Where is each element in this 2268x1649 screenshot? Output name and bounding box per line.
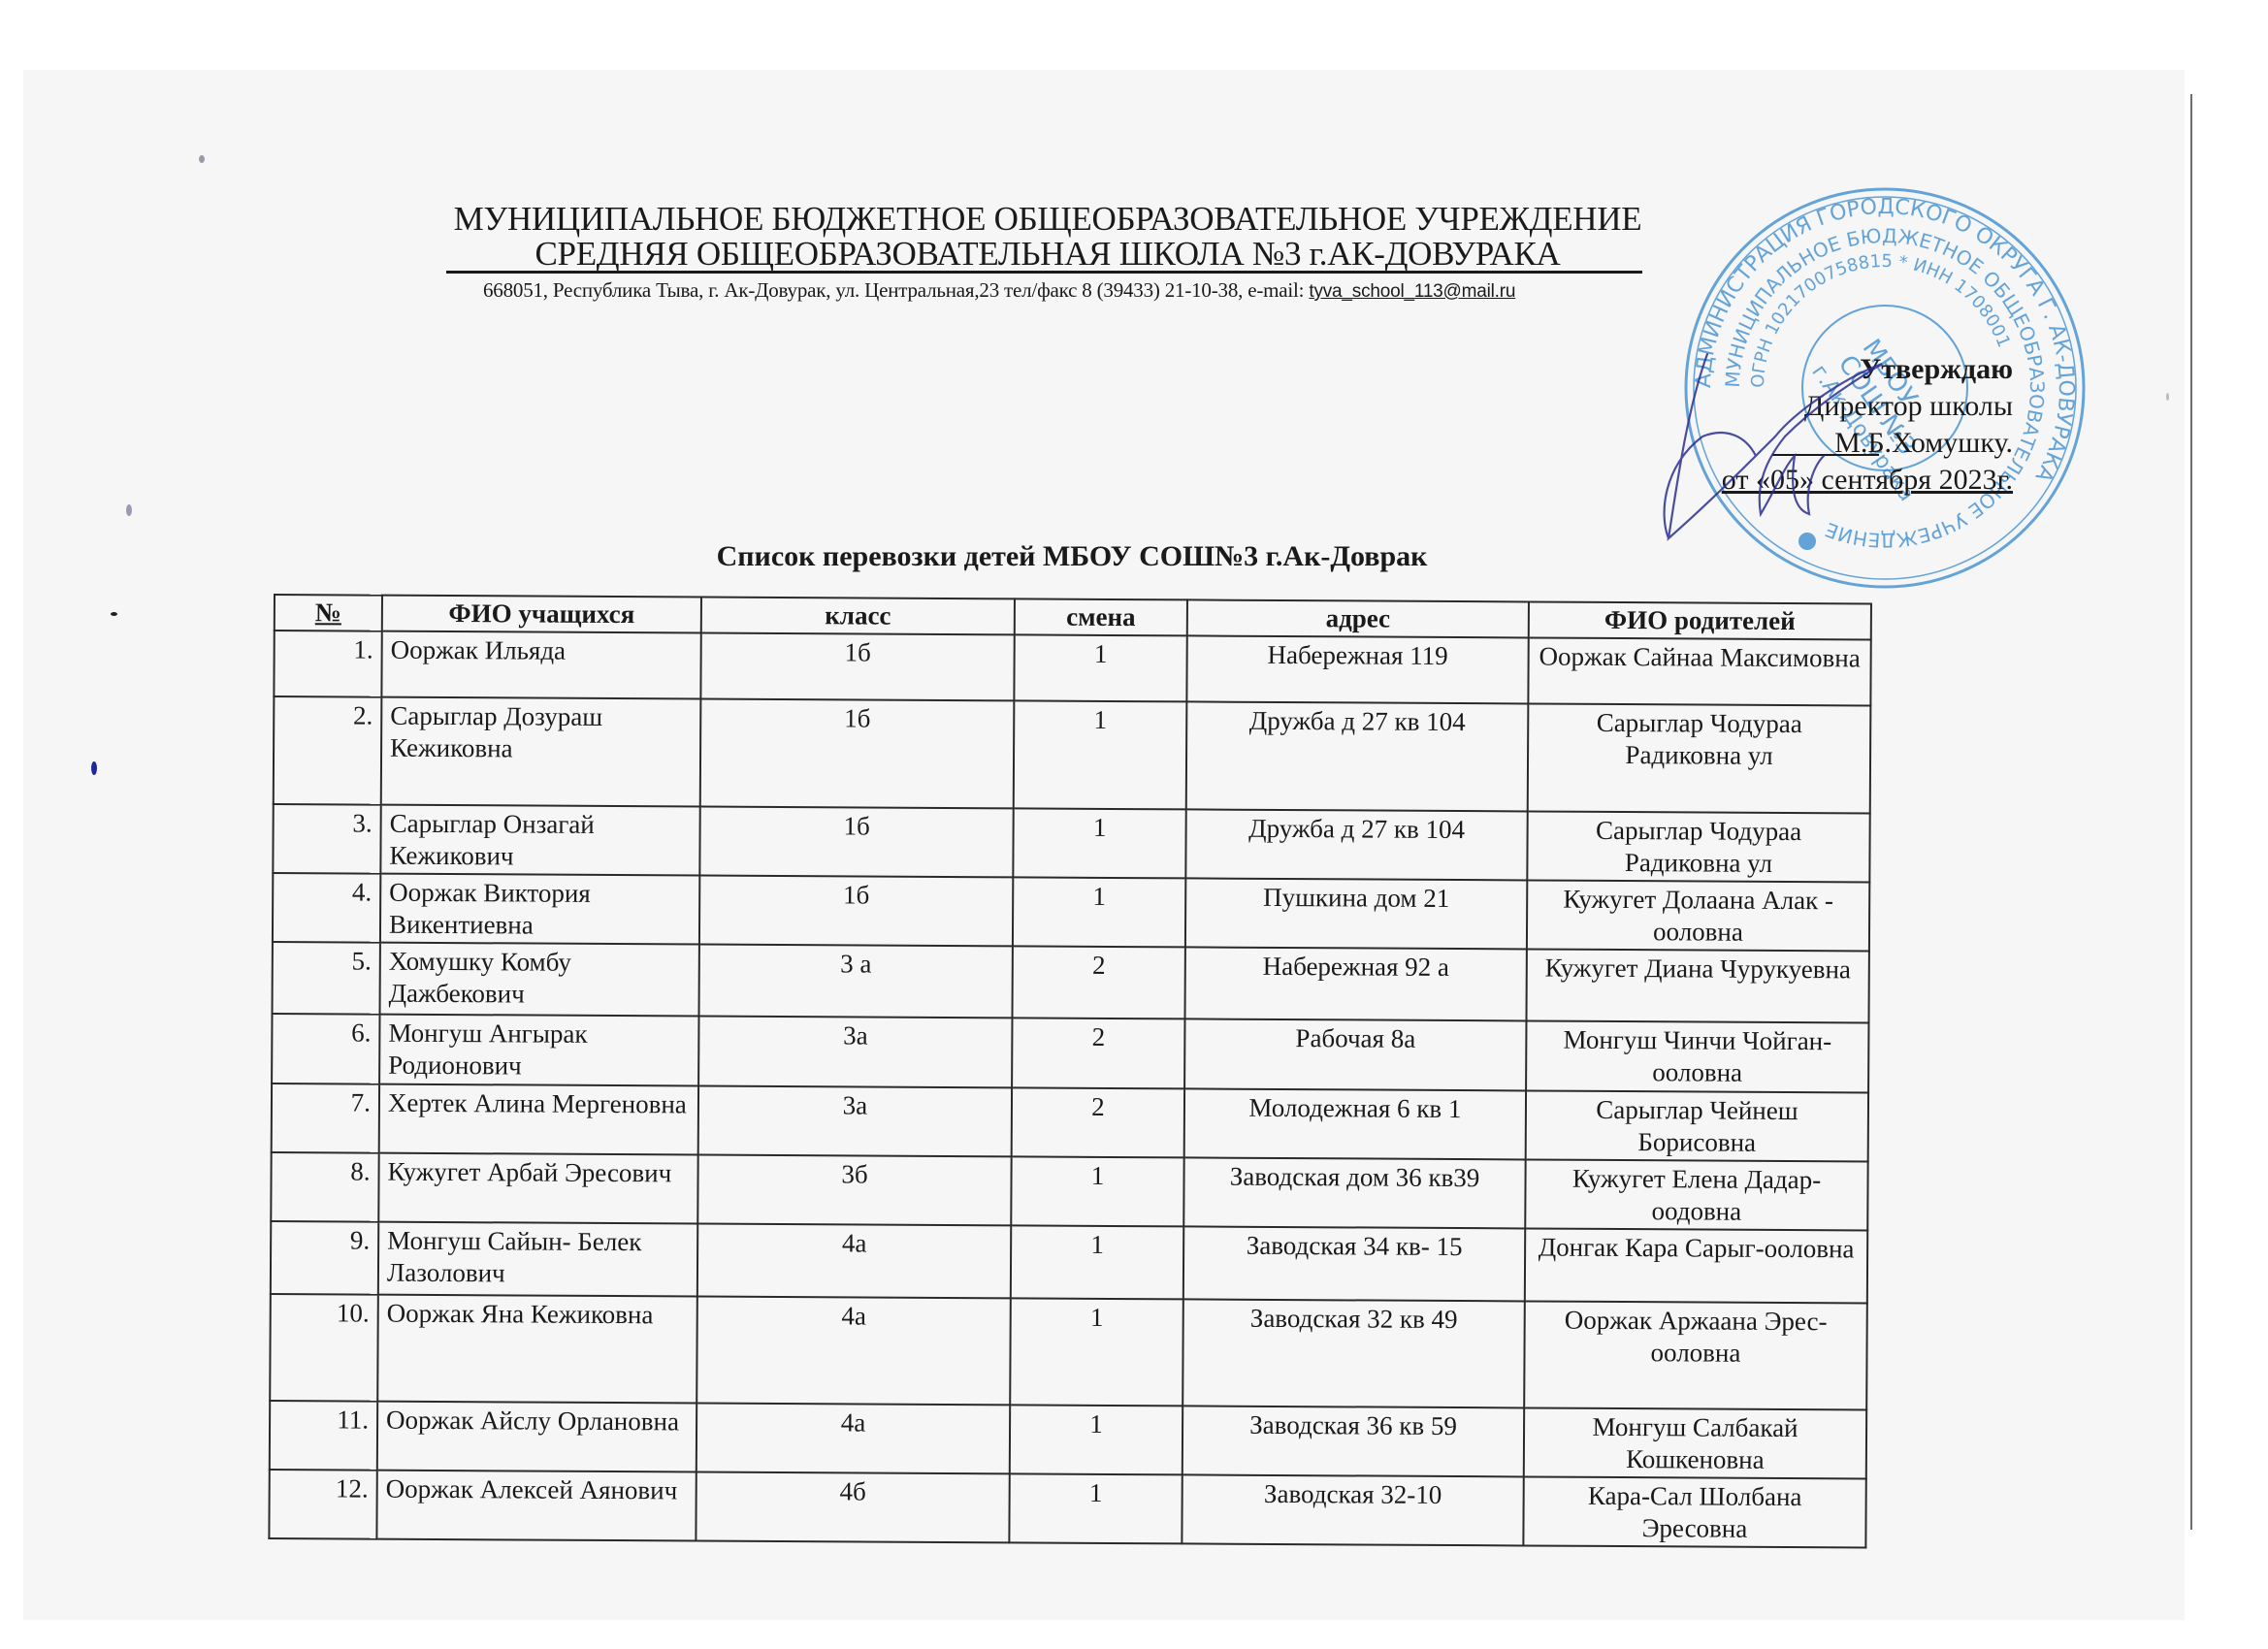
parent-name-cell: Монгуш Чинчи Чойган-ооловна [1526, 1020, 1868, 1092]
table-row: 9.Монгуш Сайын- Белек Лазолович4а1Заводс… [271, 1221, 1867, 1303]
student-class-cell: 4а [697, 1297, 1011, 1406]
address-cell: Рабочая 8а [1184, 1018, 1526, 1090]
address-cell: Дружба д 27 кв 104 [1185, 809, 1527, 880]
student-class-cell: 3а [698, 1017, 1012, 1088]
student-class-cell: 4б [696, 1472, 1009, 1543]
parent-name-cell: Кужугет Диана Чурукуевна [1526, 949, 1868, 1022]
column-header-parent: ФИО родителей [1529, 601, 1871, 639]
parent-name-cell: Сарыглар Чодураа Радиковна ул [1527, 811, 1869, 882]
row-number-cell: 11. [270, 1401, 377, 1471]
scan-speck [91, 761, 97, 775]
row-number-cell: 6. [272, 1014, 379, 1084]
table-row: 5.Хомушку Комбу Дажбекович3 а2Набережная… [273, 942, 1869, 1022]
shift-cell: 2 [1012, 1087, 1184, 1157]
address-cell: Пушкина дом 21 [1185, 878, 1527, 949]
student-name-cell: Сарыглар Онзагай Кежикович [380, 805, 699, 876]
parent-name-cell: Сарыглар Чодураа Радиковна ул [1528, 703, 1871, 813]
student-name-cell: Ооржак Ильяда [381, 631, 700, 699]
student-name-cell: Ооржак Яна Кежиковна [377, 1295, 697, 1404]
letterhead-address: 668051, Республика Тыва, г. Ак-Довурак, … [483, 277, 1515, 305]
table-row: 10.Ооржак Яна Кежиковна4а1Заводская 32 к… [270, 1294, 1867, 1409]
row-number-cell: 1. [274, 630, 381, 697]
student-name-cell: Хомушку Комбу Дажбекович [380, 943, 699, 1017]
row-number-cell: 12. [269, 1470, 376, 1539]
row-number-cell: 10. [270, 1294, 378, 1402]
table-row: 8.Кужугет Арбай Эресович3б1Заводская дом… [271, 1152, 1867, 1230]
shift-cell: 1 [1013, 877, 1185, 947]
address-cell: Заводская 36 кв 59 [1183, 1406, 1524, 1476]
address-cell: Молодежная 6 кв 1 [1184, 1088, 1526, 1159]
student-class-cell: 4а [697, 1224, 1011, 1299]
student-name-cell: Кужугет Арбай Эресович [378, 1153, 697, 1224]
row-number-cell: 7. [272, 1083, 379, 1153]
signature-row: М.Б.Хомушку. [1683, 425, 2013, 462]
address-cell: Дружба д 27 кв 104 [1186, 701, 1529, 811]
parent-name-cell: Кара-Сал Шолбана Эресовна [1523, 1476, 1865, 1547]
table-row: 2.Сарыглар Дозураш Кежиковна1б1Дружба д … [274, 696, 1871, 813]
shift-cell: 1 [1013, 808, 1185, 878]
address-cell: Заводская 34 кв- 15 [1183, 1226, 1525, 1301]
address-cell: Набережная 92 а [1184, 947, 1526, 1020]
shift-cell: 1 [1011, 1156, 1183, 1226]
table-row: 7.Хертек Алина Мергеновна3а2Молодежная 6… [272, 1083, 1868, 1161]
column-header-address: адрес [1187, 599, 1529, 637]
student-name-cell: Монгуш Ангырак Родионович [379, 1015, 698, 1086]
shift-cell: 1 [1011, 1225, 1183, 1299]
letterhead-rule [446, 271, 1642, 274]
parent-name-cell: Ооржак Сайнаа Максимовна [1528, 637, 1870, 705]
student-class-cell: 1б [699, 876, 1013, 947]
signature-line [1772, 454, 1879, 456]
shift-cell: 1 [1010, 1405, 1183, 1474]
address-cell: Заводская 32 кв 49 [1183, 1299, 1525, 1407]
address-cell: Заводская дом 36 кв39 [1183, 1157, 1525, 1228]
column-header-number: № [275, 595, 382, 631]
student-name-cell: Сарыглар Дозураш Кежиковна [381, 697, 701, 807]
table-row: 11.Ооржак Айслу Орлановна4а1Заводская 36… [270, 1401, 1866, 1478]
student-name-cell: Хертек Алина Мергеновна [379, 1084, 698, 1155]
table-row: 1.Ооржак Ильяда1б1Набережная 119Ооржак С… [274, 630, 1870, 705]
document-title: Список перевозки детей МБОУ СОШ№3 г.Ак-Д… [274, 539, 1870, 574]
row-number-cell: 2. [274, 696, 382, 805]
scan-speck [126, 504, 132, 516]
shift-cell: 1 [1014, 634, 1186, 701]
row-number-cell: 4. [273, 873, 380, 943]
column-header-class: класс [701, 598, 1015, 635]
address-text: 668051, Республика Тыва, г. Ак-Довурак, … [483, 278, 1309, 302]
table-row: 6.Монгуш Ангырак Родионович3а2Рабочая 8а… [272, 1014, 1868, 1092]
row-number-cell: 8. [271, 1152, 378, 1222]
student-class-cell: 3б [697, 1155, 1011, 1226]
address-cell: Заводская 32-10 [1182, 1474, 1523, 1545]
email-link[interactable]: tyva_school_113@mail.ru [1309, 281, 1515, 302]
letterhead: МУНИЦИПАЛЬНОЕ БЮДЖЕТНОЕ ОБЩЕОБРАЗОВАТЕЛЬ… [446, 202, 1649, 272]
parent-name-cell: Кужугет Елена Дадар-оодовна [1525, 1159, 1867, 1230]
student-class-cell: 4а [697, 1404, 1010, 1474]
student-class-cell: 1б [700, 699, 1015, 809]
parent-name-cell: Монгуш Салбакай Кошкеновна [1524, 1407, 1866, 1478]
shift-cell: 1 [1009, 1473, 1182, 1543]
student-class-cell: 3а [698, 1086, 1012, 1157]
page-edge-line [2190, 94, 2192, 1530]
student-class-cell: 1б [700, 633, 1014, 701]
column-header-shift: смена [1015, 598, 1187, 635]
approval-title: Утверждаю [1683, 351, 2013, 388]
letterhead-institution-type: МУНИЦИПАЛЬНОЕ БЮДЖЕТНОЕ ОБЩЕОБРАЗОВАТЕЛЬ… [446, 202, 1649, 237]
scan-speck [199, 155, 205, 163]
table-row: 4.Ооржак Виктория Викентиевна1б1Пушкина … [273, 873, 1869, 951]
shift-cell: 1 [1010, 1298, 1183, 1406]
approval-block: Утверждаю Директор школы М.Б.Хомушку. от… [1683, 351, 2013, 499]
scan-speck [111, 612, 117, 616]
student-name-cell: Монгуш Сайын- Белек Лазолович [378, 1222, 697, 1297]
approval-position: Директор школы [1683, 388, 2013, 425]
student-transport-table: № ФИО учащихся класс смена адрес ФИО род… [268, 594, 1872, 1548]
address-cell: Набережная 119 [1186, 635, 1528, 703]
student-name-cell: Ооржак Айслу Орлановна [377, 1402, 697, 1472]
parent-name-cell: Ооржак Аржаана Эрес-ооловна [1524, 1301, 1867, 1409]
shift-cell: 2 [1012, 1018, 1184, 1088]
parent-name-cell: Кужугет Долаана Алак - ооловна [1527, 880, 1869, 951]
row-number-cell: 9. [271, 1221, 378, 1295]
column-header-student: ФИО учащихся [382, 596, 701, 633]
student-class-cell: 3 а [698, 945, 1012, 1018]
table-row: 3.Сарыглар Онзагай Кежикович1б1Дружба д … [273, 804, 1869, 882]
student-name-cell: Ооржак Алексей Аянович [376, 1471, 696, 1541]
row-number-cell: 3. [273, 804, 380, 874]
parent-name-cell: Донгак Кара Сарыг-ооловна [1525, 1228, 1867, 1303]
student-class-cell: 1б [699, 807, 1013, 878]
scan-speck [2166, 393, 2169, 401]
approval-date: от «05» сентября 2023г. [1683, 462, 2013, 499]
table-row: 12.Ооржак Алексей Аянович4б1Заводская 32… [269, 1470, 1865, 1547]
shift-cell: 2 [1012, 946, 1184, 1018]
parent-name-cell: Сарыглар Чейнеш Борисовна [1526, 1090, 1868, 1161]
shift-cell: 1 [1014, 700, 1187, 809]
letterhead-school-name: СРЕДНЯЯ ОБЩЕОБРАЗОВАТЕЛЬНАЯ ШКОЛА №3 г.А… [446, 237, 1649, 272]
student-name-cell: Ооржак Виктория Викентиевна [380, 874, 699, 945]
row-number-cell: 5. [273, 942, 380, 1015]
